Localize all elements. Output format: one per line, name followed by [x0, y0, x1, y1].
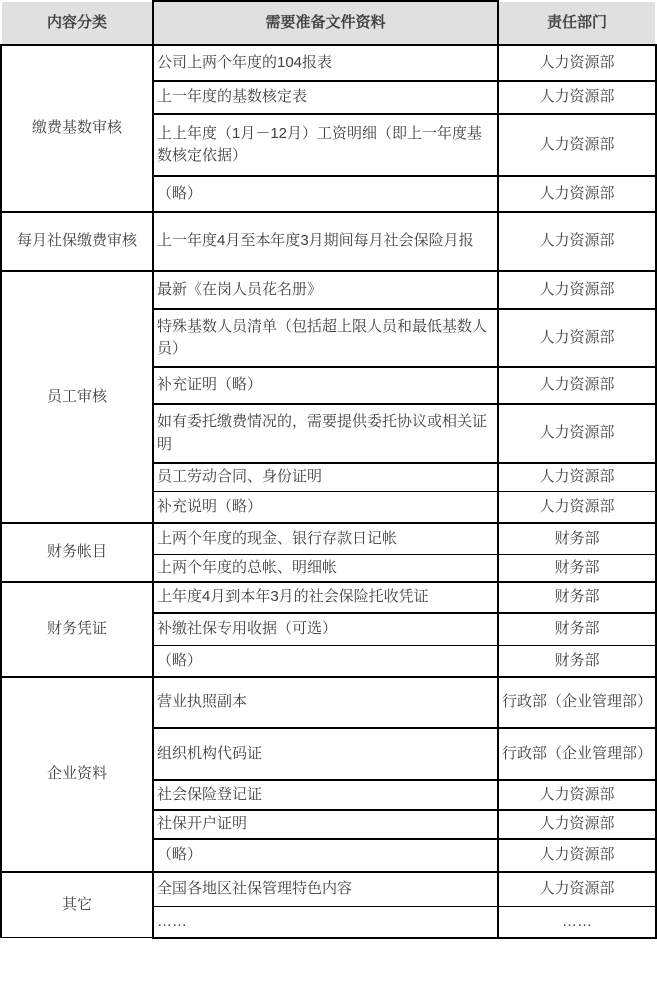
- category-cell: 缴费基数审核: [1, 45, 153, 212]
- department-cell: 人力资源部: [498, 780, 656, 810]
- document-cell: 补充证明（略）: [153, 367, 498, 404]
- table-body: 缴费基数审核公司上两个年度的104报表人力资源部上一年度的基数核定表人力资源部上…: [1, 45, 656, 938]
- document-cell: （略）: [153, 176, 498, 212]
- document-cell: 全国各地区社保管理特色内容: [153, 872, 498, 907]
- table-row: 其它全国各地区社保管理特色内容人力资源部: [1, 872, 656, 907]
- department-cell: 行政部（企业管理部）: [498, 728, 656, 780]
- document-cell: 上一年度4月至本年度3月期间每月社会保险月报: [153, 212, 498, 271]
- document-cell: 补充说明（略）: [153, 491, 498, 523]
- department-cell: 人力资源部: [498, 872, 656, 907]
- category-cell: 财务帐目: [1, 523, 153, 582]
- document-cell: （略）: [153, 645, 498, 677]
- document-cell: （略）: [153, 839, 498, 872]
- social-insurance-audit-table: 内容分类 需要准备文件资料 责任部门 缴费基数审核公司上两个年度的104报表人力…: [0, 0, 657, 939]
- header-responsible-department: 责任部门: [498, 1, 656, 45]
- department-cell: 财务部: [498, 554, 656, 582]
- department-cell: 人力资源部: [498, 839, 656, 872]
- document-cell: 特殊基数人员清单（包括超上限人员和最低基数人员）: [153, 309, 498, 367]
- category-cell: 其它: [1, 872, 153, 938]
- category-cell: 财务凭证: [1, 582, 153, 677]
- document-cell: 营业执照副本: [153, 677, 498, 728]
- department-cell: 人力资源部: [498, 271, 656, 309]
- table-row: 财务凭证上年度4月到本年3月的社会保险托收凭证财务部: [1, 582, 656, 613]
- document-cell: 上上年度（1月－12月）工资明细（即上一年度基数核定依据）: [153, 114, 498, 176]
- department-cell: 人力资源部: [498, 404, 656, 463]
- department-cell: 财务部: [498, 523, 656, 554]
- document-cell: 如有委托缴费情况的，需要提供委托协议或相关证明: [153, 404, 498, 463]
- department-cell: 人力资源部: [498, 114, 656, 176]
- header-row: 内容分类 需要准备文件资料 责任部门: [1, 1, 656, 45]
- document-cell: 补缴社保专用收据（可选）: [153, 613, 498, 645]
- department-cell: 人力资源部: [498, 176, 656, 212]
- department-cell: 财务部: [498, 613, 656, 645]
- document-cell: 最新《在岗人员花名册》: [153, 271, 498, 309]
- department-cell: 人力资源部: [498, 45, 656, 81]
- table-row: 财务帐目上两个年度的现金、银行存款日记帐财务部: [1, 523, 656, 554]
- table-row: 企业资料营业执照副本行政部（企业管理部）: [1, 677, 656, 728]
- department-cell: 财务部: [498, 645, 656, 677]
- department-cell: 人力资源部: [498, 810, 656, 839]
- document-cell: 公司上两个年度的104报表: [153, 45, 498, 81]
- document-cell: 组织机构代码证: [153, 728, 498, 780]
- document-cell: ……: [153, 907, 498, 938]
- department-cell: 人力资源部: [498, 309, 656, 367]
- document-cell: 员工劳动合同、身份证明: [153, 463, 498, 491]
- document-cell: 社保开户证明: [153, 810, 498, 839]
- department-cell: 人力资源部: [498, 81, 656, 114]
- category-cell: 员工审核: [1, 271, 153, 523]
- document-cell: 上两个年度的现金、银行存款日记帐: [153, 523, 498, 554]
- department-cell: 人力资源部: [498, 367, 656, 404]
- department-cell: 人力资源部: [498, 491, 656, 523]
- category-cell: 每月社保缴费审核: [1, 212, 153, 271]
- document-cell: 社会保险登记证: [153, 780, 498, 810]
- table-row: 员工审核最新《在岗人员花名册》人力资源部: [1, 271, 656, 309]
- table-row: 每月社保缴费审核上一年度4月至本年度3月期间每月社会保险月报人力资源部: [1, 212, 656, 271]
- department-cell: 人力资源部: [498, 212, 656, 271]
- department-cell: 人力资源部: [498, 463, 656, 491]
- header-content-category: 内容分类: [1, 1, 153, 45]
- document-cell: 上两个年度的总帐、明细帐: [153, 554, 498, 582]
- document-cell: 上年度4月到本年3月的社会保险托收凭证: [153, 582, 498, 613]
- header-required-documents: 需要准备文件资料: [153, 1, 498, 45]
- category-cell: 企业资料: [1, 677, 153, 872]
- department-cell: 行政部（企业管理部）: [498, 677, 656, 728]
- page: 内容分类 需要准备文件资料 责任部门 缴费基数审核公司上两个年度的104报表人力…: [0, 0, 657, 1000]
- department-cell: ……: [498, 907, 656, 938]
- document-cell: 上一年度的基数核定表: [153, 81, 498, 114]
- department-cell: 财务部: [498, 582, 656, 613]
- table-row: 缴费基数审核公司上两个年度的104报表人力资源部: [1, 45, 656, 81]
